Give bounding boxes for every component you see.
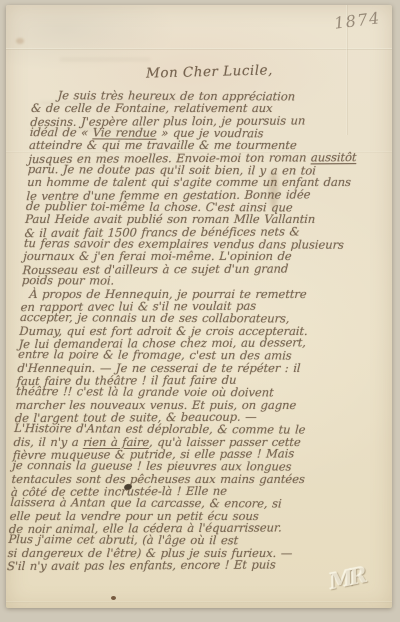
fold-crease-horizontal-top — [6, 48, 392, 50]
scanned-letter-page: 1874 Mon Cher Lucile, Je suis très heure… — [0, 0, 400, 622]
letter-lines: Je suis très heureux de ton appréciation… — [7, 90, 392, 571]
letter-line: je connais la gueuse ! les pieuvres aux … — [12, 459, 373, 473]
letter-line: un homme de talent qui s'agite comme un … — [27, 176, 388, 188]
letter-line: L'Histoire d'Antan est déplorable, & com… — [14, 422, 375, 436]
letter-line: Plus j'aime cet abruti, (à l'âge où il e… — [8, 533, 369, 547]
letter-line: S'il n'y avait pas les enfants, encore !… — [7, 558, 368, 573]
letter-line: À propos de Hennequin, je pourrai te rem… — [21, 288, 382, 300]
bleed-through-mark — [60, 58, 150, 61]
fold-crease-horizontal-bottom — [6, 601, 392, 603]
letter-line: tu feras savoir des exemplaires vendus d… — [24, 237, 385, 251]
underlined-phrase: Vie rendue — [92, 125, 157, 139]
letter-line: & de celle de Fontaine, relativement aux — [31, 102, 392, 114]
letter-line: théâtre !! c'est là la grande voie où do… — [16, 385, 377, 399]
letter-line: entre la poire & le fromage, c'est un de… — [18, 348, 379, 362]
letter-line: Je suis très heureux de ton appréciation — [31, 89, 392, 103]
letter-line: poids pour moi. — [22, 274, 383, 288]
letter-line: de publier toi-même la chose. C'est ains… — [26, 200, 387, 214]
letter-line: paru. Je ne doute pas qu'il soit bien, i… — [27, 163, 388, 177]
paper-speck — [111, 596, 116, 600]
letter-line: idéal de « Vie rendue » que je voudrais — [29, 126, 390, 140]
underlined-phrase: aussitôt — [311, 150, 357, 164]
paper-stain — [16, 38, 24, 44]
letter-line: accepter, je connais un de ses collabora… — [20, 311, 381, 325]
letter-line: Paul Heide avait publié son roman Mlle V… — [25, 213, 386, 225]
letter-line: journaux & j'en ferai moi-même. L'opinio… — [23, 250, 384, 262]
letter-line: laissera à Antan que la carcasse, & enco… — [10, 496, 371, 510]
letter-salutation: Mon Cher Lucile, — [146, 62, 273, 81]
